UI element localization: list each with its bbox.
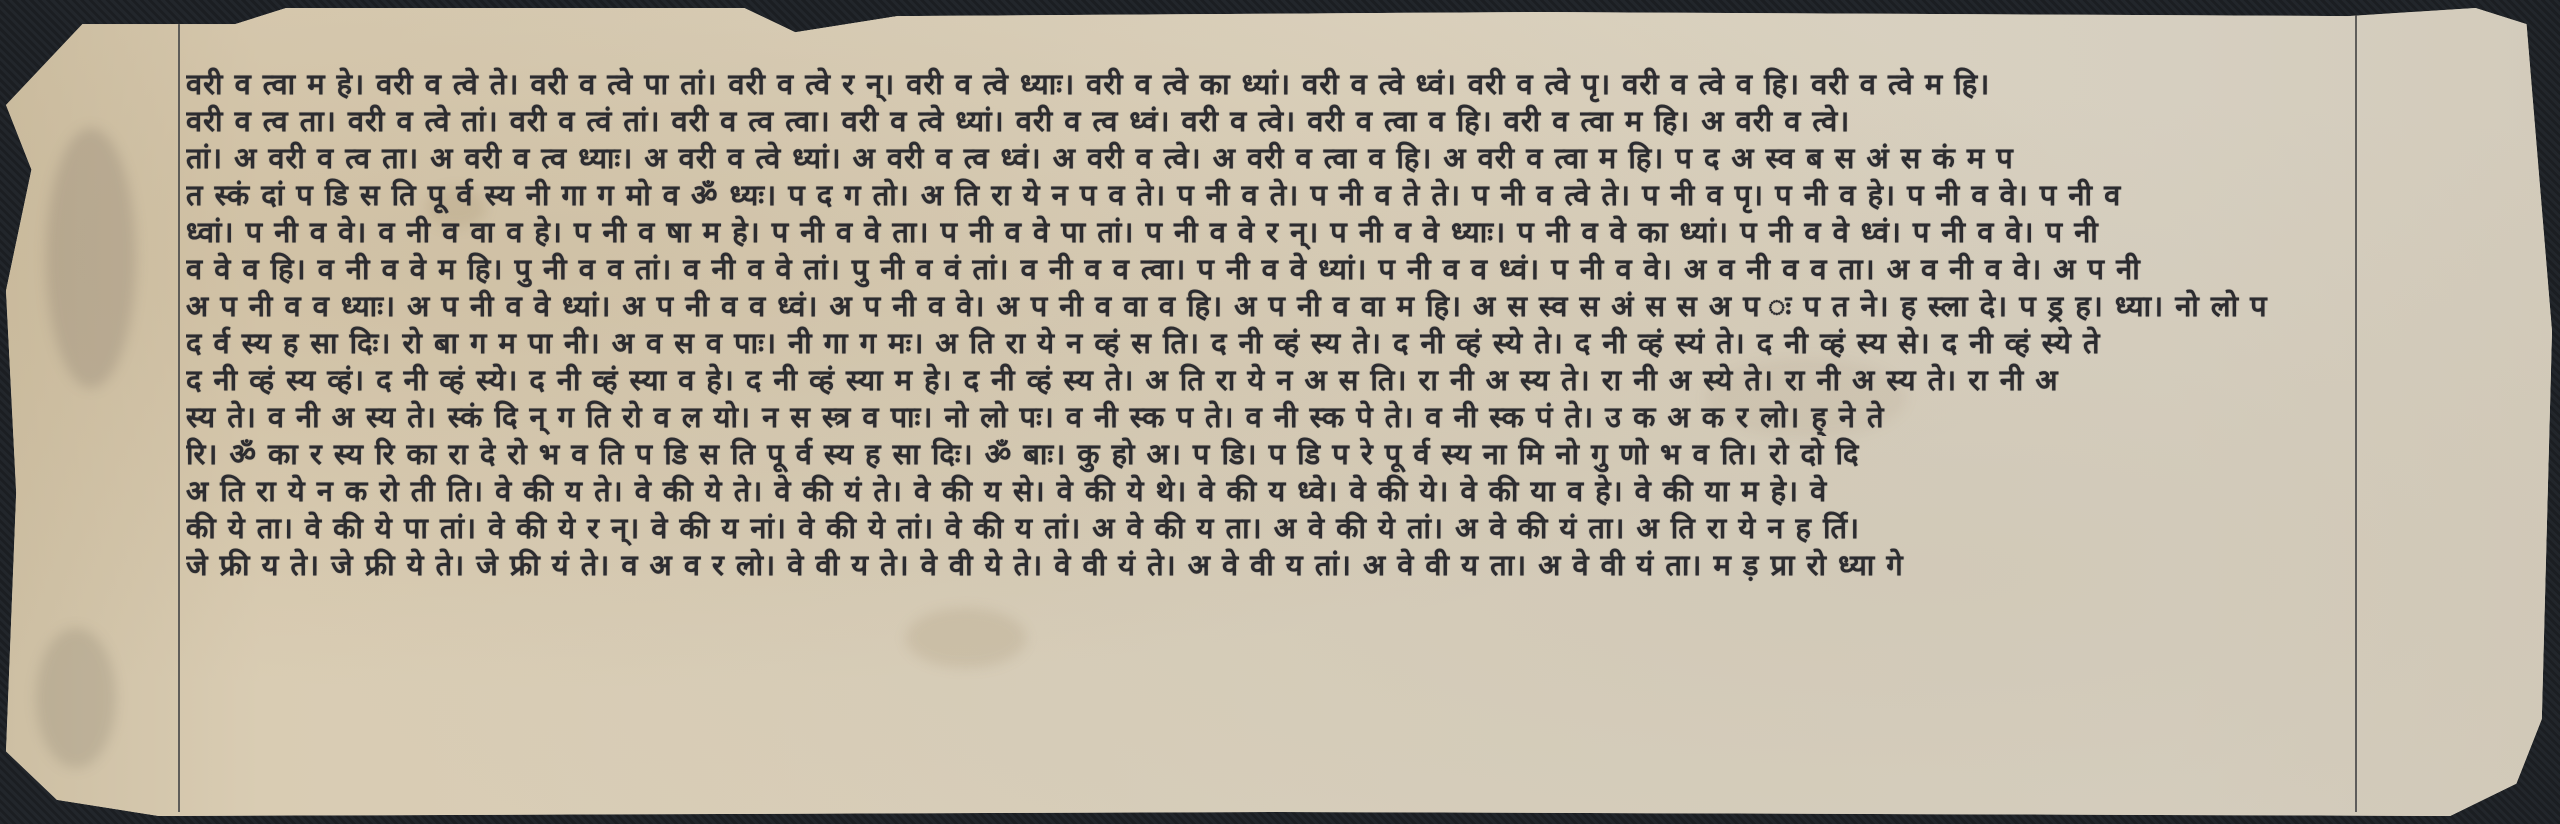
left-margin: [6, 8, 176, 816]
manuscript-text-block: वरी व त्वा म हे। वरी व त्वे ते। वरी व त्…: [186, 66, 2356, 584]
text-line: द र्व स्य ह सा दिः। रो बा ग म पा नी। अ व…: [186, 325, 2356, 362]
text-line: ध्वां। प नी व वे। व नी व वा व हे। प नी व…: [186, 214, 2356, 251]
text-line: अ ति रा ये न क रो ती ति। वे की य ते। वे …: [186, 473, 2356, 510]
text-line: वरी व त्वा म हे। वरी व त्वे ते। वरी व त्…: [186, 66, 2356, 103]
text-line: जे फ्री य ते। जे फ्री ये ते। जे फ्री यं …: [186, 547, 2356, 584]
text-line: रि। ॐ का र स्य रि का रा दे रो भ व ति प ड…: [186, 436, 2356, 473]
paper-stain: [906, 608, 1026, 668]
text-line: वरी व त्व ता। वरी व त्वे तां। वरी व त्वं…: [186, 103, 2356, 140]
text-line: द नी व्हं स्य व्हं। द नी व्हं स्ये। द नी…: [186, 362, 2356, 399]
text-line: त स्कं दां प डि स ति पू र्व स्य नी गा ग …: [186, 177, 2356, 214]
text-line: स्य ते। व नी अ स्य ते। स्कं दि न् ग ति र…: [186, 399, 2356, 436]
right-margin: [2358, 8, 2552, 816]
manuscript-folio: वरी व त्वा म हे। वरी व त्वे ते। वरी व त्…: [6, 8, 2552, 816]
text-line: तां। अ वरी व त्व ता। अ वरी व त्व ध्याः। …: [186, 140, 2356, 177]
text-line: की ये ता। वे की ये पा तां। वे की ये र न्…: [186, 510, 2356, 547]
text-line: व वे व हि। व नी व वे म हि। पु नी व व तां…: [186, 251, 2356, 288]
text-line: अ प नी व व ध्याः। अ प नी व वे ध्यां। अ प…: [186, 288, 2356, 325]
left-margin-rule: [178, 10, 180, 812]
